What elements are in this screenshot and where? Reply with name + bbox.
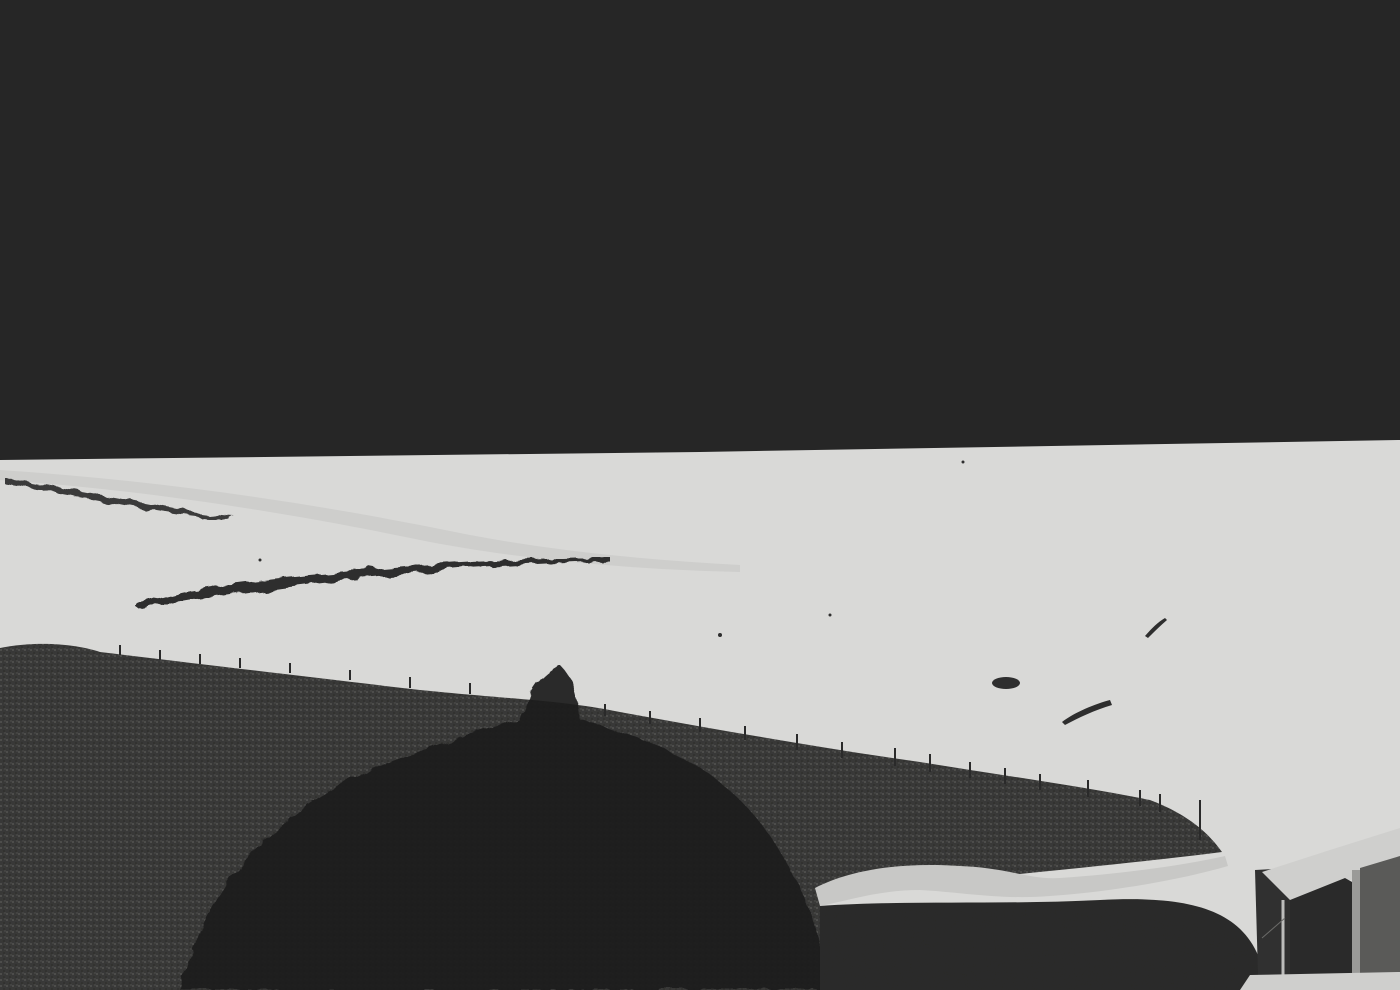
scene [0, 0, 1400, 990]
landscape-photograph: Black-and-white photograph of a snow-cov… [0, 0, 1400, 990]
